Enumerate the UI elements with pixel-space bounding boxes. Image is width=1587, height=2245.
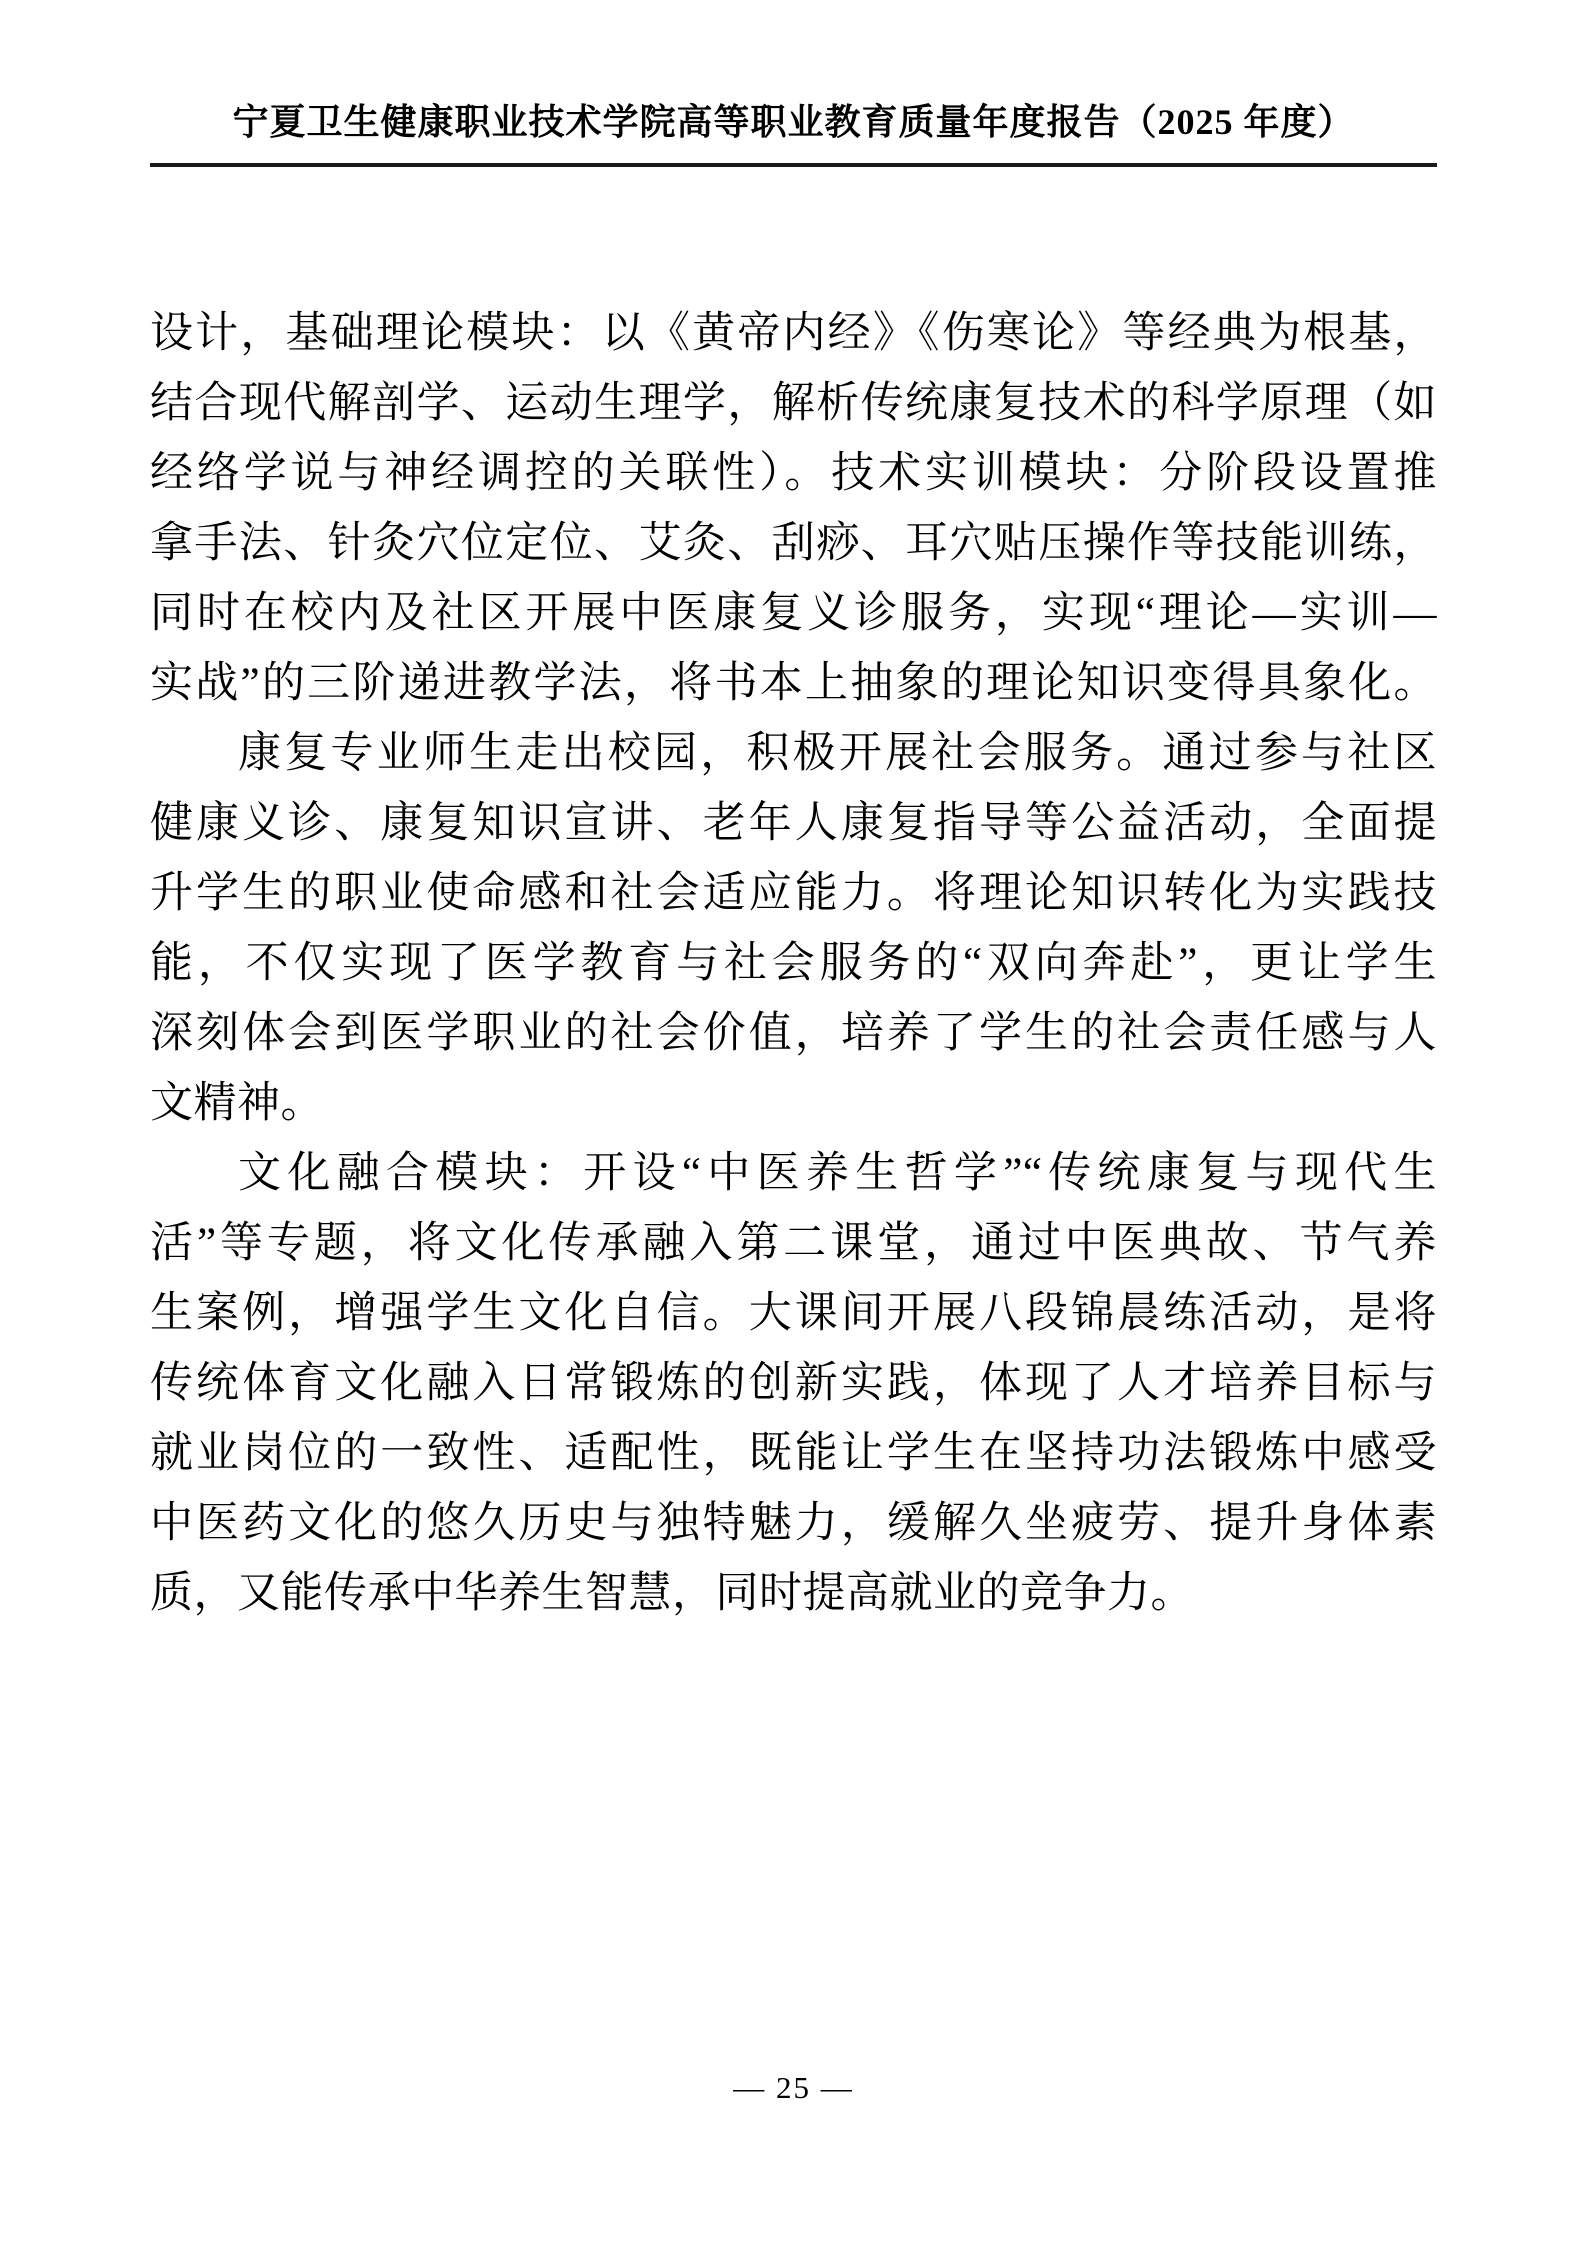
text-line: 设计，基础理论模块：以《黄帝内经》《伤寒论》等经典为根基， [150,299,1437,369]
text-line: 同时在校内及社区开展中医康复义诊服务，实现“理论—实训— [150,579,1437,649]
text-line: 升学生的职业使命感和社会适应能力。将理论知识转化为实践技 [150,859,1437,929]
text-line: 文精神。 [150,1069,1437,1139]
document-page: 宁夏卫生健康职业技术学院高等职业教育质量年度报告（2025 年度） 设计，基础理… [0,0,1587,2245]
text-line: 健康义诊、康复知识宣讲、老年人康复指导等公益活动，全面提 [150,789,1437,859]
header-rule [150,163,1437,167]
paragraph-1: 设计，基础理论模块：以《黄帝内经》《伤寒论》等经典为根基， 结合现代解剖学、运动… [150,299,1437,719]
page-header-title: 宁夏卫生健康职业技术学院高等职业教育质量年度报告（2025 年度） [150,98,1437,146]
document-body: 设计，基础理论模块：以《黄帝内经》《伤寒论》等经典为根基， 结合现代解剖学、运动… [150,299,1437,1629]
paragraph-2: 康复专业师生走出校园，积极开展社会服务。通过参与社区 健康义诊、康复知识宣讲、老… [150,719,1437,1139]
text-line: 拿手法、针灸穴位定位、艾灸、刮痧、耳穴贴压操作等技能训练， [150,509,1437,579]
text-line: 中医药文化的悠久历史与独特魅力，缓解久坐疲劳、提升身体素 [150,1489,1437,1559]
text-line: 传统体育文化融入日常锻炼的创新实践，体现了人才培养目标与 [150,1349,1437,1419]
text-line: 结合现代解剖学、运动生理学，解析传统康复技术的科学原理（如 [150,369,1437,439]
text-line: 活”等专题，将文化传承融入第二课堂，通过中医典故、节气养 [150,1209,1437,1279]
text-line: 生案例，增强学生文化自信。大课间开展八段锦晨练活动，是将 [150,1279,1437,1349]
text-line: 就业岗位的一致性、适配性，既能让学生在坚持功法锻炼中感受 [150,1419,1437,1489]
text-line: 文化融合模块：开设“中医养生哲学”“传统康复与现代生 [150,1139,1437,1209]
text-line: 能，不仅实现了医学教育与社会服务的“双向奔赴”，更让学生 [150,929,1437,999]
paragraph-3: 文化融合模块：开设“中医养生哲学”“传统康复与现代生 活”等专题，将文化传承融入… [150,1139,1437,1629]
text-line: 经络学说与神经调控的关联性）。技术实训模块：分阶段设置推 [150,439,1437,509]
text-line: 深刻体会到医学职业的社会价值，培养了学生的社会责任感与人 [150,999,1437,1069]
text-line: 实战”的三阶递进教学法，将书本上抽象的理论知识变得具象化。 [150,649,1437,719]
text-line: 质，又能传承中华养生智慧，同时提高就业的竞争力。 [150,1559,1437,1629]
text-line: 康复专业师生走出校园，积极开展社会服务。通过参与社区 [150,719,1437,789]
page-number: — 25 — [0,2068,1587,2108]
page-header: 宁夏卫生健康职业技术学院高等职业教育质量年度报告（2025 年度） [150,0,1437,167]
